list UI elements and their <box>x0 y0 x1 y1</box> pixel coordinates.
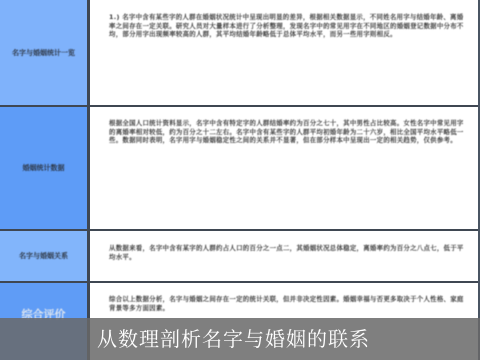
row-content-cell: 根据全国人口统计资料显示，名字中含有特定字的人群结婚率约为百分之七十，其中男性占… <box>93 107 478 229</box>
table-row: 名字与婚姻统计一览 1.) 名字中含有某些字的人群在婚姻状况统计中呈现出明显的差… <box>0 0 478 107</box>
row-label: 名字与婚姻关系 <box>19 251 68 261</box>
caption-title: 从数理剖析名字与婚姻的联系 <box>97 323 370 352</box>
row-content-cell: 从数据来看，名字中含有某字的人群约占人口的百分之一点二，其婚姻状况总体稳定，离婚… <box>93 231 478 281</box>
row-text: 从数据来看，名字中含有某字的人群约占人口的百分之一点二，其婚姻状况总体稳定，离婚… <box>109 244 466 261</box>
row-text: 根据全国人口统计资料显示，名字中含有特定字的人群结婚率约为百分之七十，其中男性占… <box>109 119 466 145</box>
info-table: 名字与婚姻统计一览 1.) 名字中含有某些字的人群在婚姻状况统计中呈现出明显的差… <box>0 0 480 360</box>
row-text: 综合以上数据分析，名字与婚姻之间存在一定的统计关联，但并非决定性因素。婚姻幸福与… <box>109 295 466 312</box>
row-label-cell: 名字与婚姻统计一览 <box>0 0 90 105</box>
row-label: 名字与婚姻统计一览 <box>12 48 75 58</box>
caption-bar: 从数理剖析名字与婚姻的联系 <box>0 318 480 360</box>
row-text: 1.) 名字中含有某些字的人群在婚姻状况统计中呈现出明显的差异，根据相关数据显示… <box>109 13 466 39</box>
row-label: 婚姻统计数据 <box>23 163 65 173</box>
table-row: 婚姻统计数据 根据全国人口统计资料显示，名字中含有特定字的人群结婚率约为百分之七… <box>0 107 478 231</box>
row-label-cell: 名字与婚姻关系 <box>0 231 90 281</box>
table-row: 名字与婚姻关系 从数据来看，名字中含有某字的人群约占人口的百分之一点二，其婚姻状… <box>0 231 478 283</box>
row-content-cell: 1.) 名字中含有某些字的人群在婚姻状况统计中呈现出明显的差异，根据相关数据显示… <box>93 0 478 105</box>
row-label-cell: 婚姻统计数据 <box>0 107 90 229</box>
